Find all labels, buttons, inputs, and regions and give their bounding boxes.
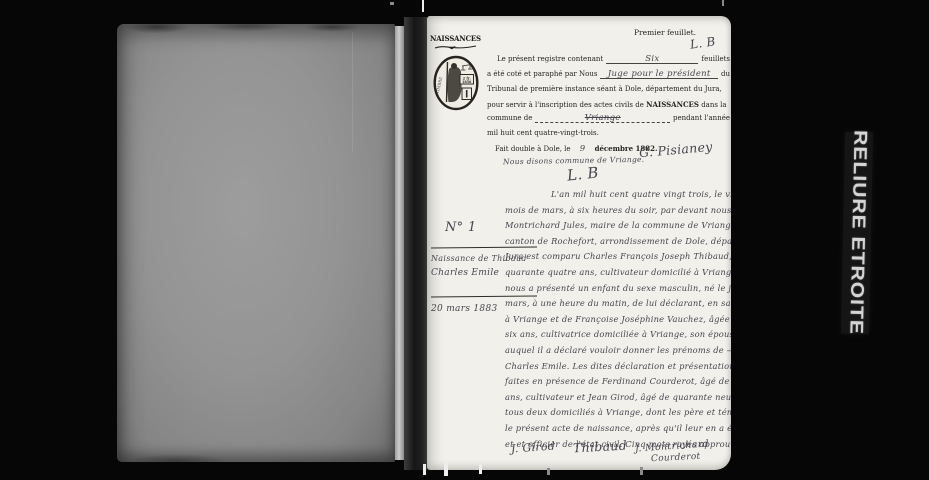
register-page: NAISSANCES Premier feuillet. L. B TIMBRE… xyxy=(427,16,731,470)
form-text: mil huit cent quatre-vingt-trois. xyxy=(487,129,599,137)
form-text: commune de xyxy=(487,114,532,122)
act-line: ans, cultivateur et Jean Girod, âgé de q… xyxy=(505,390,731,406)
form-text: pendant l'année xyxy=(673,114,730,122)
form-text: dans la xyxy=(701,101,726,109)
signature: Courderot xyxy=(651,452,701,465)
film-mark xyxy=(390,2,394,5)
form-text: pour servir à l'inscription des actes ci… xyxy=(487,101,644,109)
form-text: du xyxy=(721,70,730,78)
correction-signature: G. Pisianey xyxy=(638,139,713,160)
form-line-1: Le présent registre contenant Six feuill… xyxy=(487,55,730,64)
form-line-4: pour servir à l'inscription des actes ci… xyxy=(487,100,730,109)
form-line-6: mil huit cent quatre-vingt-trois. xyxy=(487,129,730,137)
page-edge xyxy=(395,26,404,460)
act-line: tous deux domiciliés à Vriange, dont les… xyxy=(505,405,731,421)
margin-act-date: 20 mars 1883 xyxy=(431,304,498,314)
act-line: mars, à une heure du matin, de lui décla… xyxy=(505,296,731,312)
form-line-2: a été coté et paraphé par Nous Juge pour… xyxy=(487,70,730,79)
act-line: auquel il a déclaré vouloir donner les p… xyxy=(505,343,731,359)
act-line: mois de mars, à six heures du soir, par … xyxy=(505,203,731,219)
left-blank-page xyxy=(117,24,395,462)
form-keyword: NAISSANCES xyxy=(646,100,699,109)
film-mark xyxy=(423,464,426,475)
signature: J. Girod xyxy=(511,439,556,455)
act-line: nous a présenté un enfant du sexe mascul… xyxy=(505,281,731,297)
birth-act-text: L'an mil huit cent quatre vingt trois, l… xyxy=(505,187,731,452)
film-mark xyxy=(444,463,448,476)
act-line: le présent acte de naissance, après qu'i… xyxy=(505,421,731,437)
act-line: L'an mil huit cent quatre vingt trois, l… xyxy=(505,187,731,203)
act-line: canton de Rochefort, arrondissement de D… xyxy=(505,234,731,250)
signature: Thibaud xyxy=(573,438,628,456)
form-text: Le présent registre contenant xyxy=(487,55,603,63)
handwritten-fill: Six xyxy=(645,54,659,64)
paraph-initials: L. B xyxy=(566,163,599,184)
handwritten-date-fill: 9 xyxy=(580,144,586,154)
handwritten-corrected-fill: Vriange xyxy=(585,113,621,123)
form-line-3: Tribunal de première instance séant à Do… xyxy=(487,85,730,93)
correction-note: Nous disons commune de Vriange. xyxy=(503,155,645,166)
act-line: à Vriange et de Françoise Joséphine Vauc… xyxy=(505,312,731,328)
fiscal-justice-stamp-icon: TIMBRE 2 fr. 1856 xyxy=(433,55,479,111)
act-line: quarante quatre ans, cultivateur domicil… xyxy=(505,265,731,281)
film-mark xyxy=(422,0,424,12)
folio-label: Premier feuillet. xyxy=(634,28,696,37)
film-mark xyxy=(479,464,482,474)
act-line: Jura est comparu Charles François Joseph… xyxy=(505,249,731,265)
handwritten-fill: Juge pour le président xyxy=(608,69,711,79)
binding-label: RELIURE ETROITE xyxy=(841,132,873,335)
act-number: N° 1 xyxy=(445,220,476,235)
form-text: feuillets xyxy=(701,55,730,63)
flourish-underline-icon xyxy=(434,43,478,52)
form-text: Fait double à Dole, le xyxy=(487,145,571,153)
film-mark xyxy=(640,467,643,475)
film-mark xyxy=(722,0,724,6)
act-line: Montrichard Jules, maire de la commune d… xyxy=(505,218,731,234)
paraph-initials: L. B xyxy=(689,34,716,51)
stamp-year: 1856 xyxy=(462,80,472,84)
binding-label-text: RELIURE ETROITE xyxy=(844,130,869,335)
act-line: six ans, cultivatrice domiciliée à Vrian… xyxy=(505,327,731,343)
act-line: faites en présence de Ferdinand Courdero… xyxy=(505,374,731,390)
book-gutter xyxy=(404,17,427,470)
page-title: NAISSANCES xyxy=(430,34,481,43)
margin-act-title-line2: Charles Emile xyxy=(431,268,499,278)
form-text: Tribunal de première instance séant à Do… xyxy=(487,85,722,93)
form-line-5: commune de Vriange pendant l'année xyxy=(487,114,730,123)
film-scratch xyxy=(352,32,353,152)
act-line: Charles Emile. Les dites déclaration et … xyxy=(505,359,731,375)
film-mark xyxy=(547,468,550,475)
form-text: a été coté et paraphé par Nous xyxy=(487,70,597,78)
